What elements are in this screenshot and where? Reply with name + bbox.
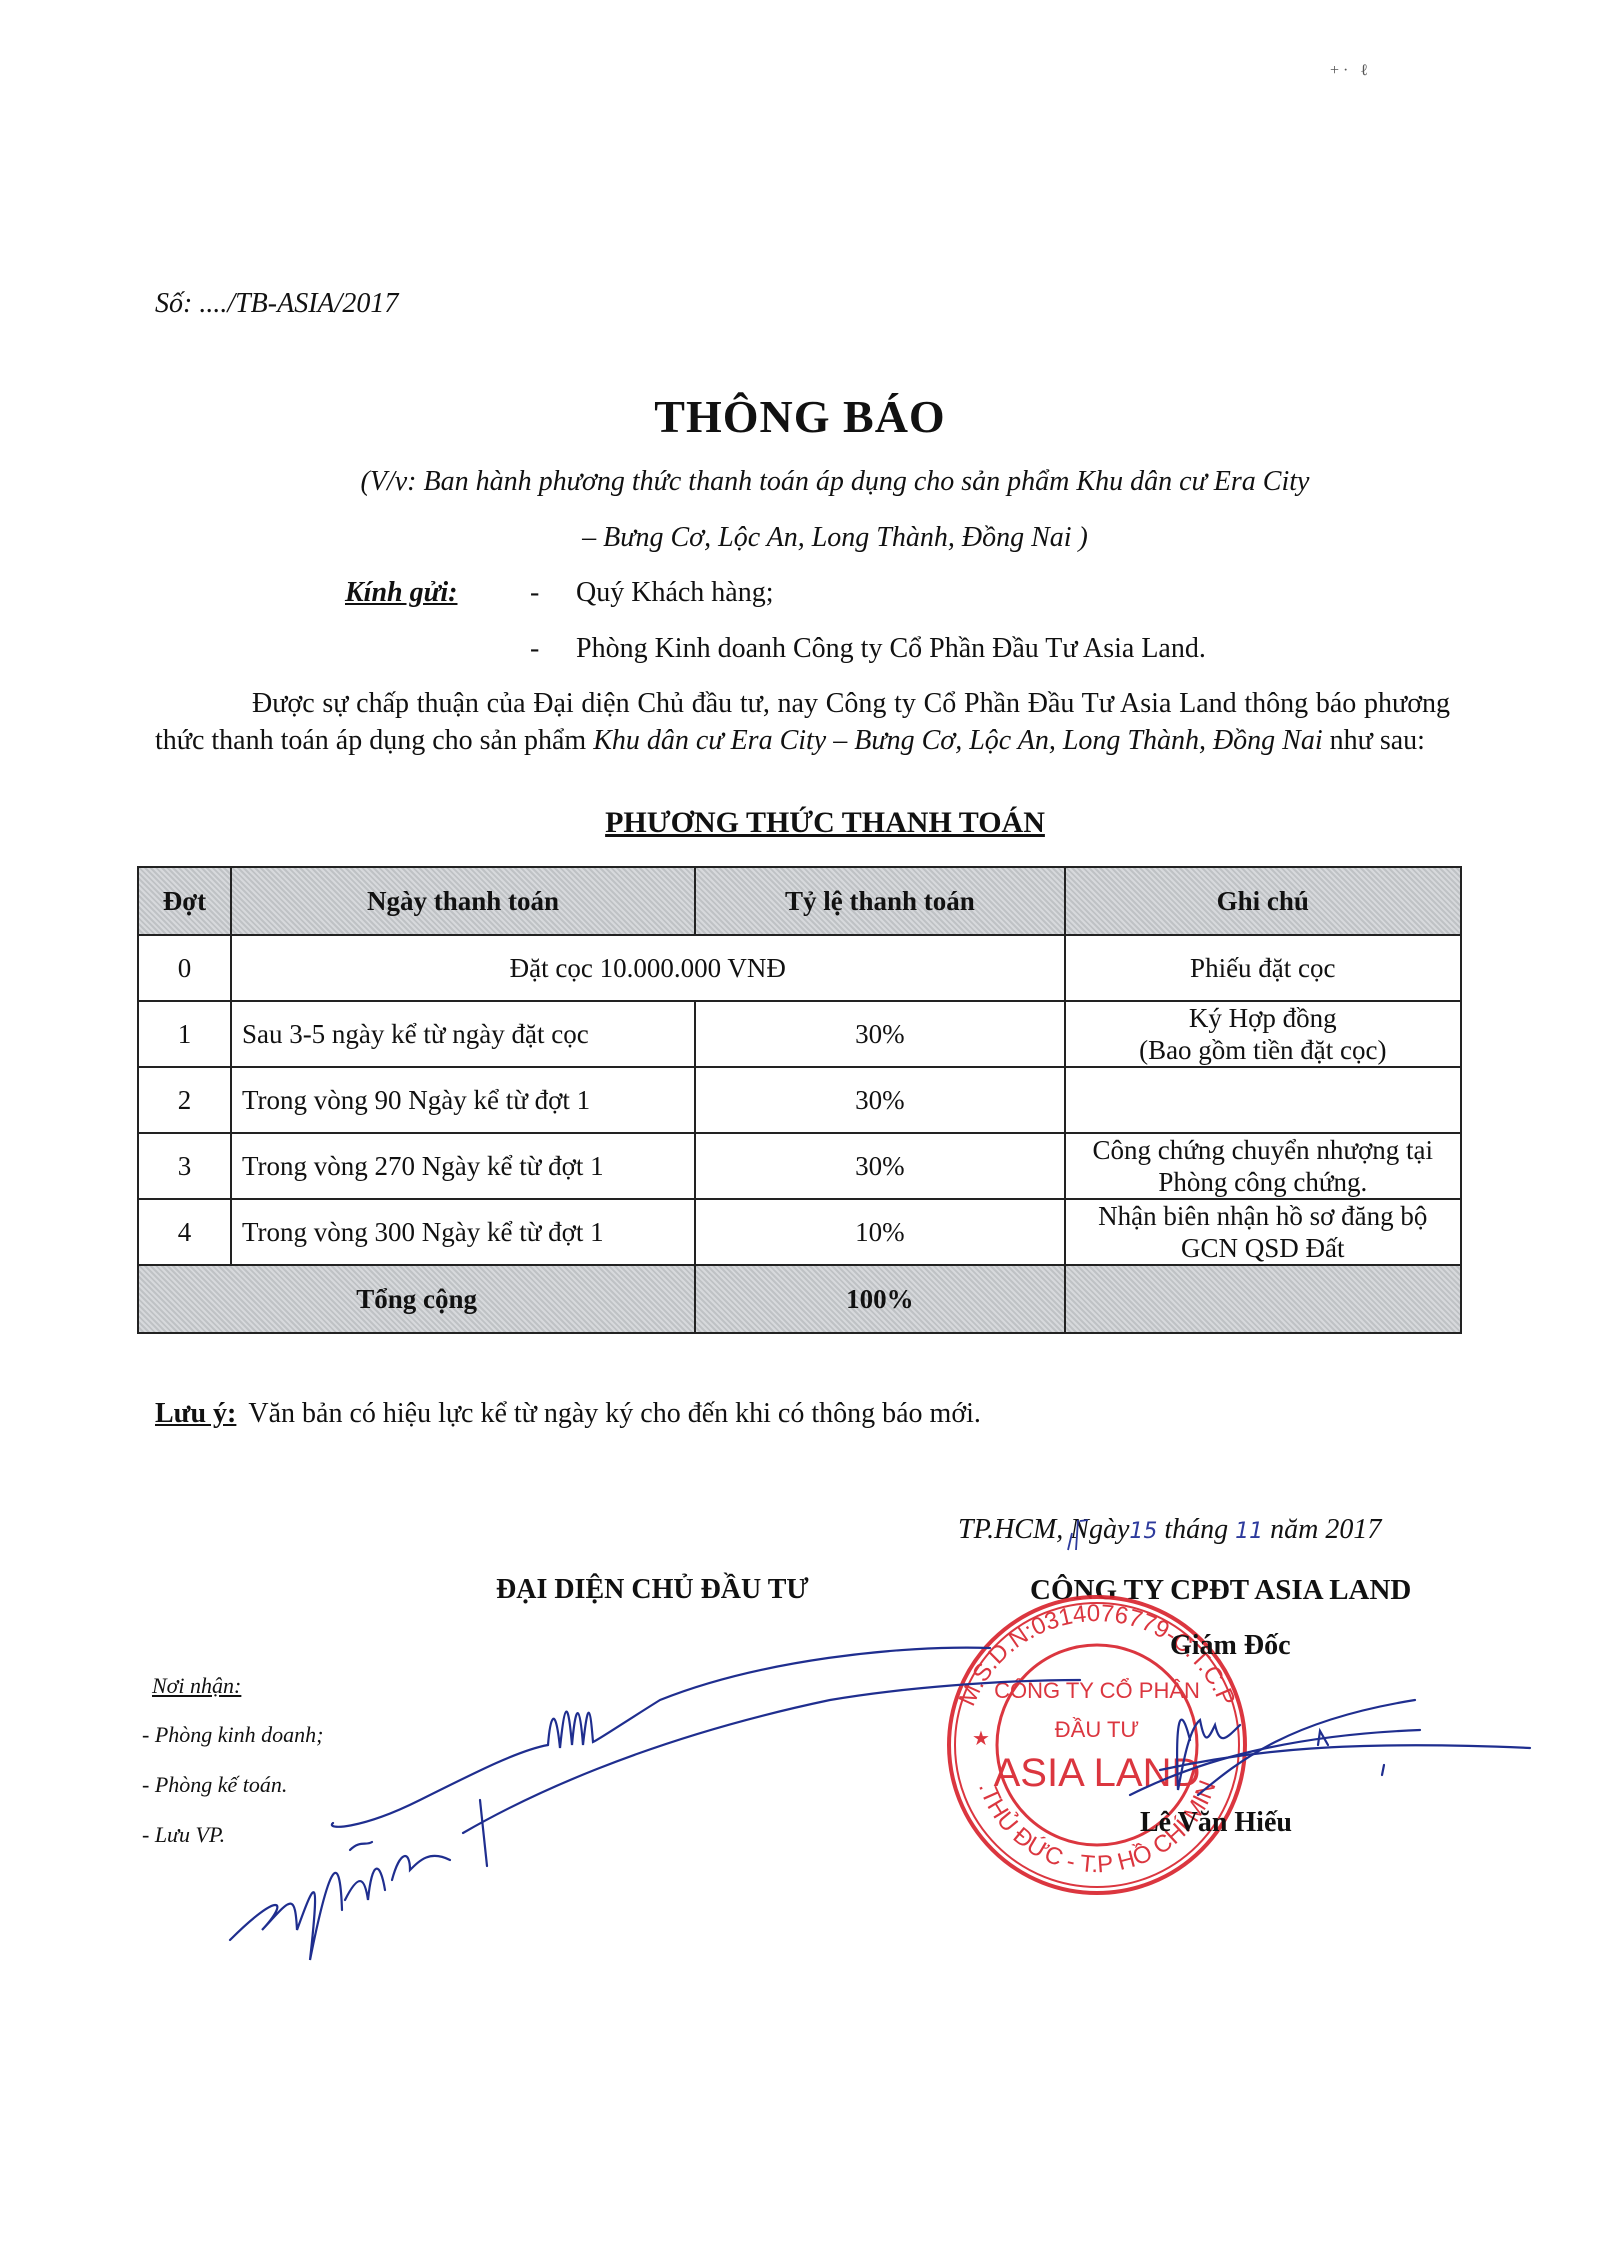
- date-prefix: TP.HCM, Ngày: [958, 1514, 1129, 1545]
- note-line: Phòng công chứng.: [1076, 1166, 1450, 1198]
- note-label: Lưu ý:: [155, 1398, 236, 1429]
- cell-date: Sau 3-5 ngày kể từ ngày đặt cọc: [231, 1001, 695, 1067]
- table-row: 3 Trong vòng 270 Ngày kể từ đợt 1 30% Cô…: [138, 1133, 1461, 1199]
- cell-rate: 30%: [695, 1133, 1064, 1199]
- cell-date: Trong vòng 90 Ngày kể từ đợt 1: [231, 1067, 695, 1133]
- header-payment-date: Ngày thanh toán: [231, 867, 695, 935]
- note-line: GCN QSD Đất: [1076, 1232, 1450, 1264]
- stamp-line-1: CÔNG TY CỔ PHẦN: [994, 1678, 1200, 1703]
- cell-note: Nhận biên nhận hồ sơ đăng bộGCN QSD Đất: [1065, 1199, 1461, 1265]
- table-row-deposit: 0 Đặt cọc 10.000.000 VNĐ Phiếu đặt cọc: [138, 935, 1461, 1001]
- cell-rate: 10%: [695, 1199, 1064, 1265]
- director-title: Giám Đốc: [1170, 1630, 1291, 1662]
- header-stage: Đợt: [138, 867, 231, 935]
- stamp-line-2: ĐẦU TƯ: [1055, 1717, 1139, 1742]
- note-line: Công chứng chuyển nhượng tại: [1076, 1134, 1450, 1166]
- cell-total-rate: 100%: [695, 1265, 1064, 1333]
- cell-date: Trong vòng 300 Ngày kể từ đợt 1: [231, 1199, 695, 1265]
- scan-corner-marks: +· ℓ: [1330, 62, 1372, 80]
- place-date-line: TP.HCM, Ngày15 tháng 11 năm 2017: [958, 1514, 1381, 1546]
- bullet-dash: -: [530, 633, 576, 665]
- table-total-row: Tổng cộng 100%: [138, 1265, 1461, 1333]
- cell-total-label: Tổng cộng: [138, 1265, 695, 1333]
- cell-stage: 2: [138, 1067, 231, 1133]
- cell-note: Phiếu đặt cọc: [1065, 935, 1461, 1001]
- distribution-item: - Phòng kế toán.: [142, 1772, 287, 1798]
- cell-deposit-description: Đặt cọc 10.000.000 VNĐ: [231, 935, 1065, 1001]
- recipient-text: Phòng Kinh doanh Công ty Cổ Phần Đầu Tư …: [576, 633, 1206, 664]
- document-title: THÔNG BÁO: [0, 390, 1600, 443]
- investor-representative-heading: ĐẠI DIỆN CHỦ ĐẦU TƯ: [496, 1574, 809, 1606]
- note-line: Ký Hợp đồng: [1076, 1002, 1450, 1034]
- intro-text-end: như sau:: [1323, 725, 1425, 756]
- investor-signature: [230, 1648, 1080, 1960]
- table-row: 4 Trong vòng 300 Ngày kể từ đợt 1 10% Nh…: [138, 1199, 1461, 1265]
- recipient-text: Quý Khách hàng;: [576, 577, 774, 608]
- cell-total-note: [1065, 1265, 1461, 1333]
- handwritten-day: 15: [1129, 1519, 1157, 1544]
- subject-line-2: – Bưng Cơ, Lộc An, Long Thành, Đồng Nai …: [0, 522, 1600, 554]
- distribution-item: - Phòng kinh doanh;: [142, 1722, 323, 1748]
- cell-note: Ký Hợp đồng(Bao gồm tiền đặt cọc): [1065, 1001, 1461, 1067]
- cell-date: Trong vòng 270 Ngày kể từ đợt 1: [231, 1133, 695, 1199]
- project-name: Khu dân cư Era City – Bưng Cơ, Lộc An, L…: [593, 725, 1322, 756]
- cell-stage: 4: [138, 1199, 231, 1265]
- cell-rate: 30%: [695, 1001, 1064, 1067]
- cell-stage: 0: [138, 935, 231, 1001]
- cell-rate: 30%: [695, 1067, 1064, 1133]
- header-payment-rate: Tỷ lệ thanh toán: [695, 867, 1064, 935]
- payment-schedule-table: Đợt Ngày thanh toán Tỷ lệ thanh toán Ghi…: [137, 866, 1462, 1334]
- year-label: năm 2017: [1270, 1514, 1381, 1545]
- recipient-item: -Phòng Kinh doanh Công ty Cổ Phần Đầu Tư…: [530, 633, 1206, 665]
- note-line: (Bao gồm tiền đặt cọc): [1076, 1034, 1450, 1066]
- cell-note: [1065, 1067, 1461, 1133]
- bullet-dash: -: [530, 577, 576, 609]
- distribution-item: - Lưu VP.: [142, 1822, 225, 1848]
- note-text: Văn bản có hiệu lực kể từ ngày ký cho đế…: [248, 1398, 981, 1429]
- recipients-label: Kính gửi:: [345, 577, 457, 609]
- table-row: 1 Sau 3-5 ngày kể từ ngày đặt cọc 30% Ký…: [138, 1001, 1461, 1067]
- company-signature-heading: CÔNG TY CPĐT ASIA LAND: [1030, 1574, 1411, 1607]
- intro-paragraph: Được sự chấp thuận của Đại diện Chủ đầu …: [155, 685, 1450, 759]
- table-header-row: Đợt Ngày thanh toán Tỷ lệ thanh toán Ghi…: [138, 867, 1461, 935]
- handwritten-month: 11: [1235, 1519, 1263, 1544]
- stamp-star-icon: ★: [972, 1728, 990, 1750]
- document-number: Số: ..../TB-ASIA/2017: [155, 288, 398, 320]
- distribution-list-title: Nơi nhận:: [152, 1673, 241, 1699]
- payment-table-title: PHƯƠNG THỨC THANH TOÁN: [0, 806, 1600, 840]
- subject-line-1: (V/v: Ban hành phương thức thanh toán áp…: [0, 466, 1600, 498]
- note-line: Nhận biên nhận hồ sơ đăng bộ: [1076, 1200, 1450, 1232]
- director-name: Lê Văn Hiếu: [1140, 1807, 1292, 1839]
- header-note: Ghi chú: [1065, 867, 1461, 935]
- validity-note: Lưu ý:Văn bản có hiệu lực kể từ ngày ký …: [155, 1398, 981, 1430]
- cell-stage: 1: [138, 1001, 231, 1067]
- director-signature: [1130, 1700, 1530, 1795]
- stamp-line-3: ASIA LAND: [994, 1751, 1201, 1795]
- cell-stage: 3: [138, 1133, 231, 1199]
- table-row: 2 Trong vòng 90 Ngày kể từ đợt 1 30%: [138, 1067, 1461, 1133]
- cell-note: Công chứng chuyển nhượng tạiPhòng công c…: [1065, 1133, 1461, 1199]
- recipient-item: -Quý Khách hàng;: [530, 577, 774, 609]
- month-label: tháng: [1164, 1514, 1228, 1545]
